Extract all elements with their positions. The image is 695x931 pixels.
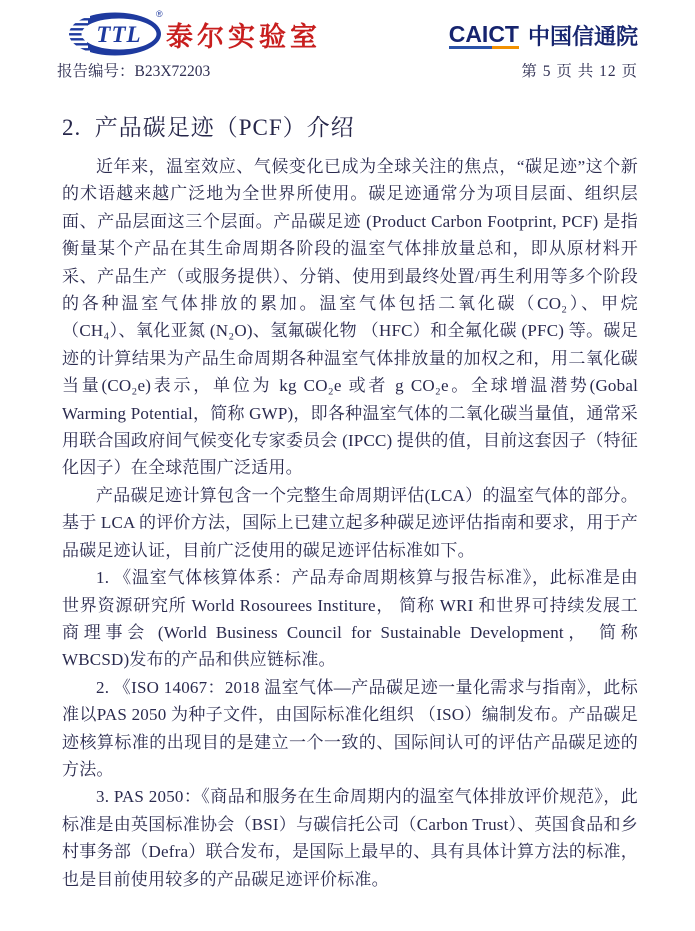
- paragraph-standard-2-iso14067: 2. 《ISO 14067：2018 温室气体—产品碳足迹一量化需求与指南》，此…: [62, 674, 638, 784]
- page-header: TTL ® 泰尔实验室 CAICT 中国信通院: [0, 0, 695, 57]
- ttl-logo-name: 泰尔实验室: [166, 15, 321, 54]
- paragraph-standard-1-ghg-protocol: 1. 《温室气体核算体系：产品寿命周期核算与报告标准》，此标准是由世界资源研究所…: [62, 564, 638, 674]
- paragraph-lca: 产品碳足迹计算包含一个完整生命周期评估(LCA）的温室气体的部分。基于 LCA …: [62, 482, 638, 564]
- section-body: 近年来，温室效应、气候变化已成为全球关注的焦点，“碳足迹”这个新的术语越来越广泛…: [62, 153, 638, 893]
- page-number-indicator: 第 5 页 共 12 页: [521, 62, 638, 82]
- section-title: 2. 产品碳足迹（PCF）介绍: [62, 109, 638, 142]
- document-content: 2. 产品碳足迹（PCF）介绍 近年来，温室效应、气候变化已成为全球关注的焦点，…: [0, 109, 695, 893]
- caict-abbr-text: CAICT: [449, 23, 519, 45]
- header-meta-row: 报告编号：B23X72203 第 5 页 共 12 页: [0, 57, 695, 82]
- paragraph-standard-3-pas2050: 3. PAS 2050：《商品和服务在生命周期内的温室气体排放评价规范》，此标准…: [62, 783, 638, 893]
- caict-logo: CAICT 中国信通院: [449, 20, 638, 51]
- svg-text:TTL: TTL: [96, 22, 141, 47]
- ttl-globe-icon: TTL: [60, 11, 162, 57]
- report-number: 报告编号：B23X72203: [57, 62, 210, 82]
- paragraph-intro: 近年来，温室效应、气候变化已成为全球关注的焦点，“碳足迹”这个新的术语越来越广泛…: [62, 153, 638, 482]
- registered-trademark-symbol: ®: [156, 9, 163, 19]
- caict-abbr-block: CAICT: [449, 23, 519, 49]
- report-page: TTL ® 泰尔实验室 CAICT 中国信通院 报告编号：B23X72203 第…: [0, 0, 695, 931]
- ttl-logo: TTL ® 泰尔实验室: [60, 11, 321, 57]
- caict-underline-icon: [449, 46, 519, 49]
- caict-logo-name: 中国信通院: [528, 20, 638, 51]
